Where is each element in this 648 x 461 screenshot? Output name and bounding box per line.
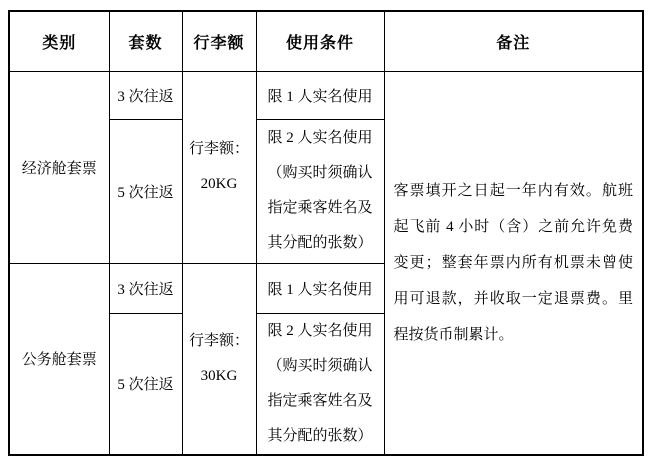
header-sets: 套数: [109, 11, 182, 71]
cell-condition-economy-3: 限 1 人实名使用: [256, 71, 384, 119]
cell-baggage-economy: 行李额： 20KG: [182, 71, 256, 263]
header-remarks: 备注: [384, 11, 643, 71]
fare-package-table: 类别 套数 行李额 使用条件 备注 经济舱套票 3 次往返 行李额： 20KG …: [8, 10, 644, 456]
cell-sets-economy-5: 5 次往返: [109, 119, 182, 263]
cell-condition-business-5: 限 2 人实名使用 （购买时须确认 指定乘客姓名及 其分配的张数）: [256, 313, 384, 455]
header-row: 类别 套数 行李额 使用条件 备注: [9, 11, 643, 71]
economy-row-3trips: 经济舱套票 3 次往返 行李额： 20KG 限 1 人实名使用 客票填开之日起一…: [9, 71, 643, 119]
cell-condition-economy-5: 限 2 人实名使用 （购买时须确认 指定乘客姓名及 其分配的张数）: [256, 119, 384, 263]
cell-sets-business-5: 5 次往返: [109, 313, 182, 455]
header-baggage: 行李额: [182, 11, 256, 71]
cell-category-business: 公务舱套票: [9, 263, 109, 455]
header-conditions: 使用条件: [256, 11, 384, 71]
cell-category-economy: 经济舱套票: [9, 71, 109, 263]
cell-baggage-business: 行李额： 30KG: [182, 263, 256, 455]
cell-sets-economy-3: 3 次往返: [109, 71, 182, 119]
cell-condition-business-3: 限 1 人实名使用: [256, 263, 384, 313]
header-category: 类别: [9, 11, 109, 71]
cell-remarks: 客票填开之日起一年内有效。航班起飞前 4 小时（含）之前允许免费变更；整套年票内…: [384, 71, 643, 455]
cell-sets-business-3: 3 次往返: [109, 263, 182, 313]
